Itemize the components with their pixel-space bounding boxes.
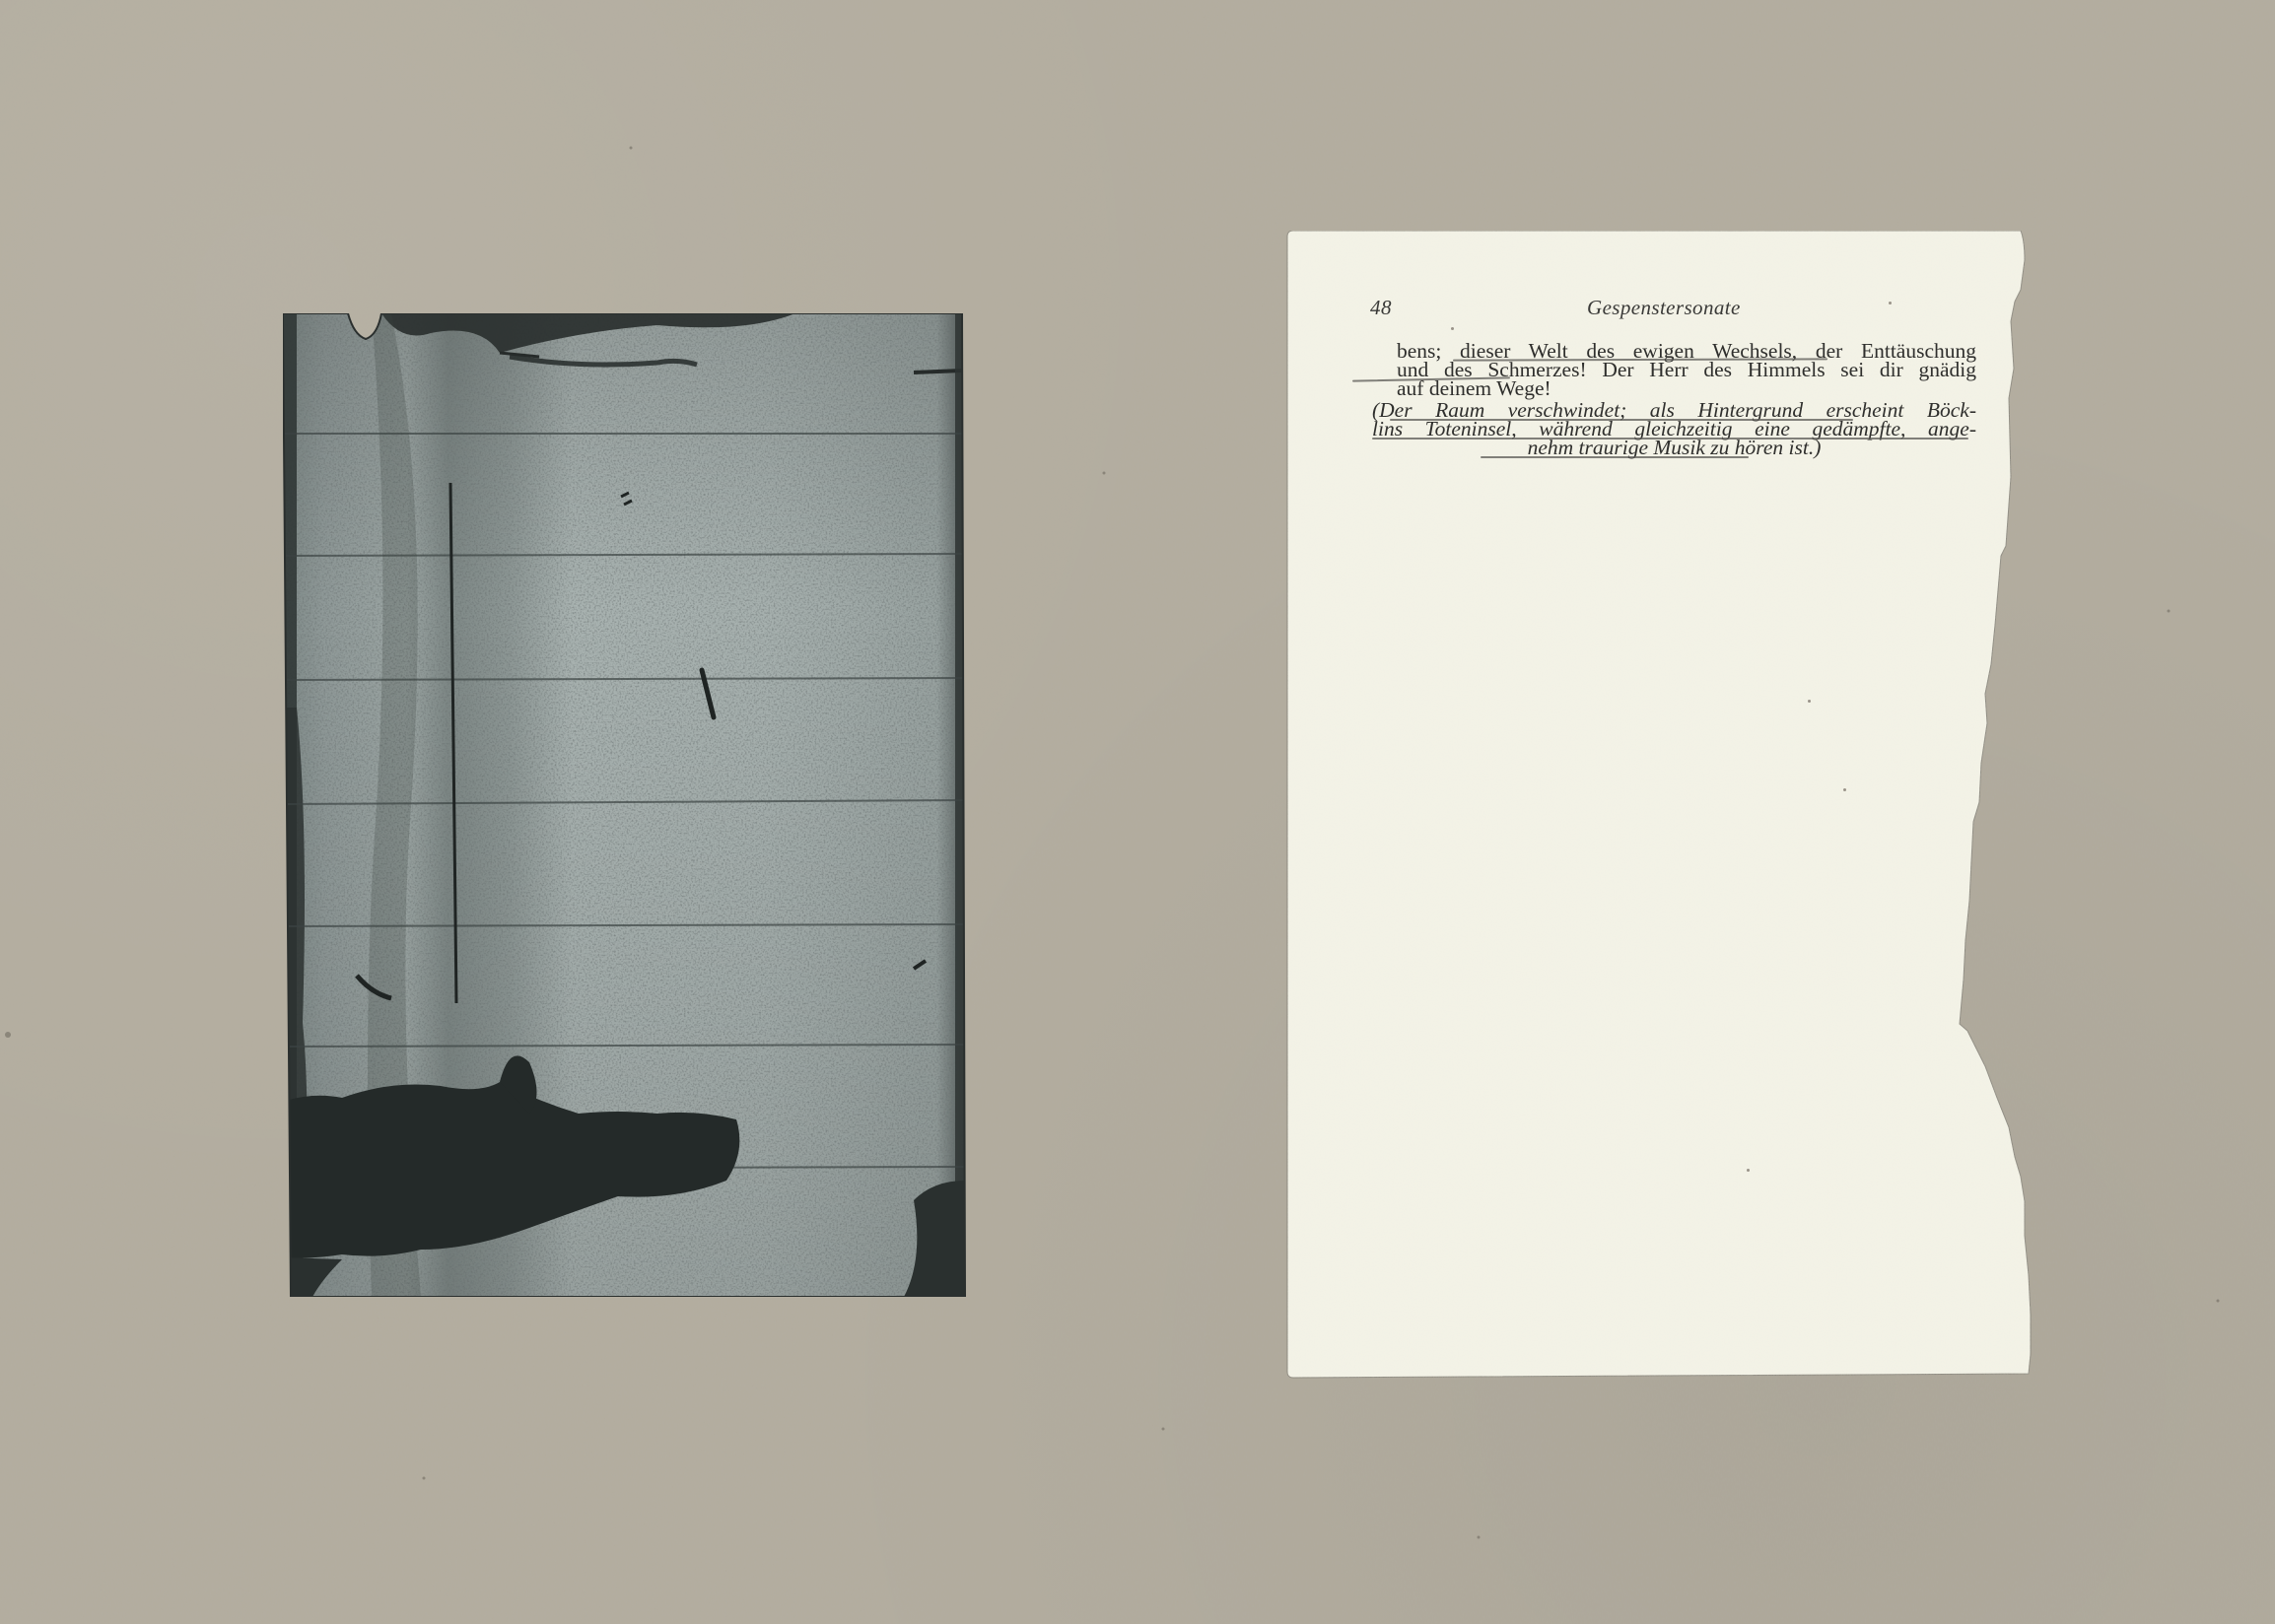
paper-speck [1808,700,1811,703]
page-number: 48 [1370,296,1392,320]
body-text: bens; dieser Welt des ewigen Wechsels, d… [1397,342,1976,398]
torn-book-page: 48 Gespenstersonate bens; dieser Welt de… [1283,231,2033,1379]
paper-speck [1747,1169,1750,1172]
stage-direction: (Der Raum verschwindet; als Hintergrund … [1372,401,1976,457]
paper-speck [1843,788,1846,791]
paper-speck [1889,302,1892,304]
stage-line-3: nehm traurige Musik zu hören ist.) [1372,439,1976,457]
pencil-underline-4 [1372,438,1968,440]
chipboard-mount: 48 Gespenstersonate bens; dieser Welt de… [0,0,2275,1624]
monoprint-image [283,313,971,1297]
running-title: Gespenstersonate [1587,296,1741,320]
body-line-3: auf deinem Wege! [1397,379,1976,398]
pencil-underline-3 [1390,419,1853,421]
paper-speck [1451,327,1454,330]
page-header: 48 Gespenstersonate [1370,296,1962,325]
pencil-underline-5 [1481,456,1749,458]
monoprint-artwork [283,313,971,1297]
